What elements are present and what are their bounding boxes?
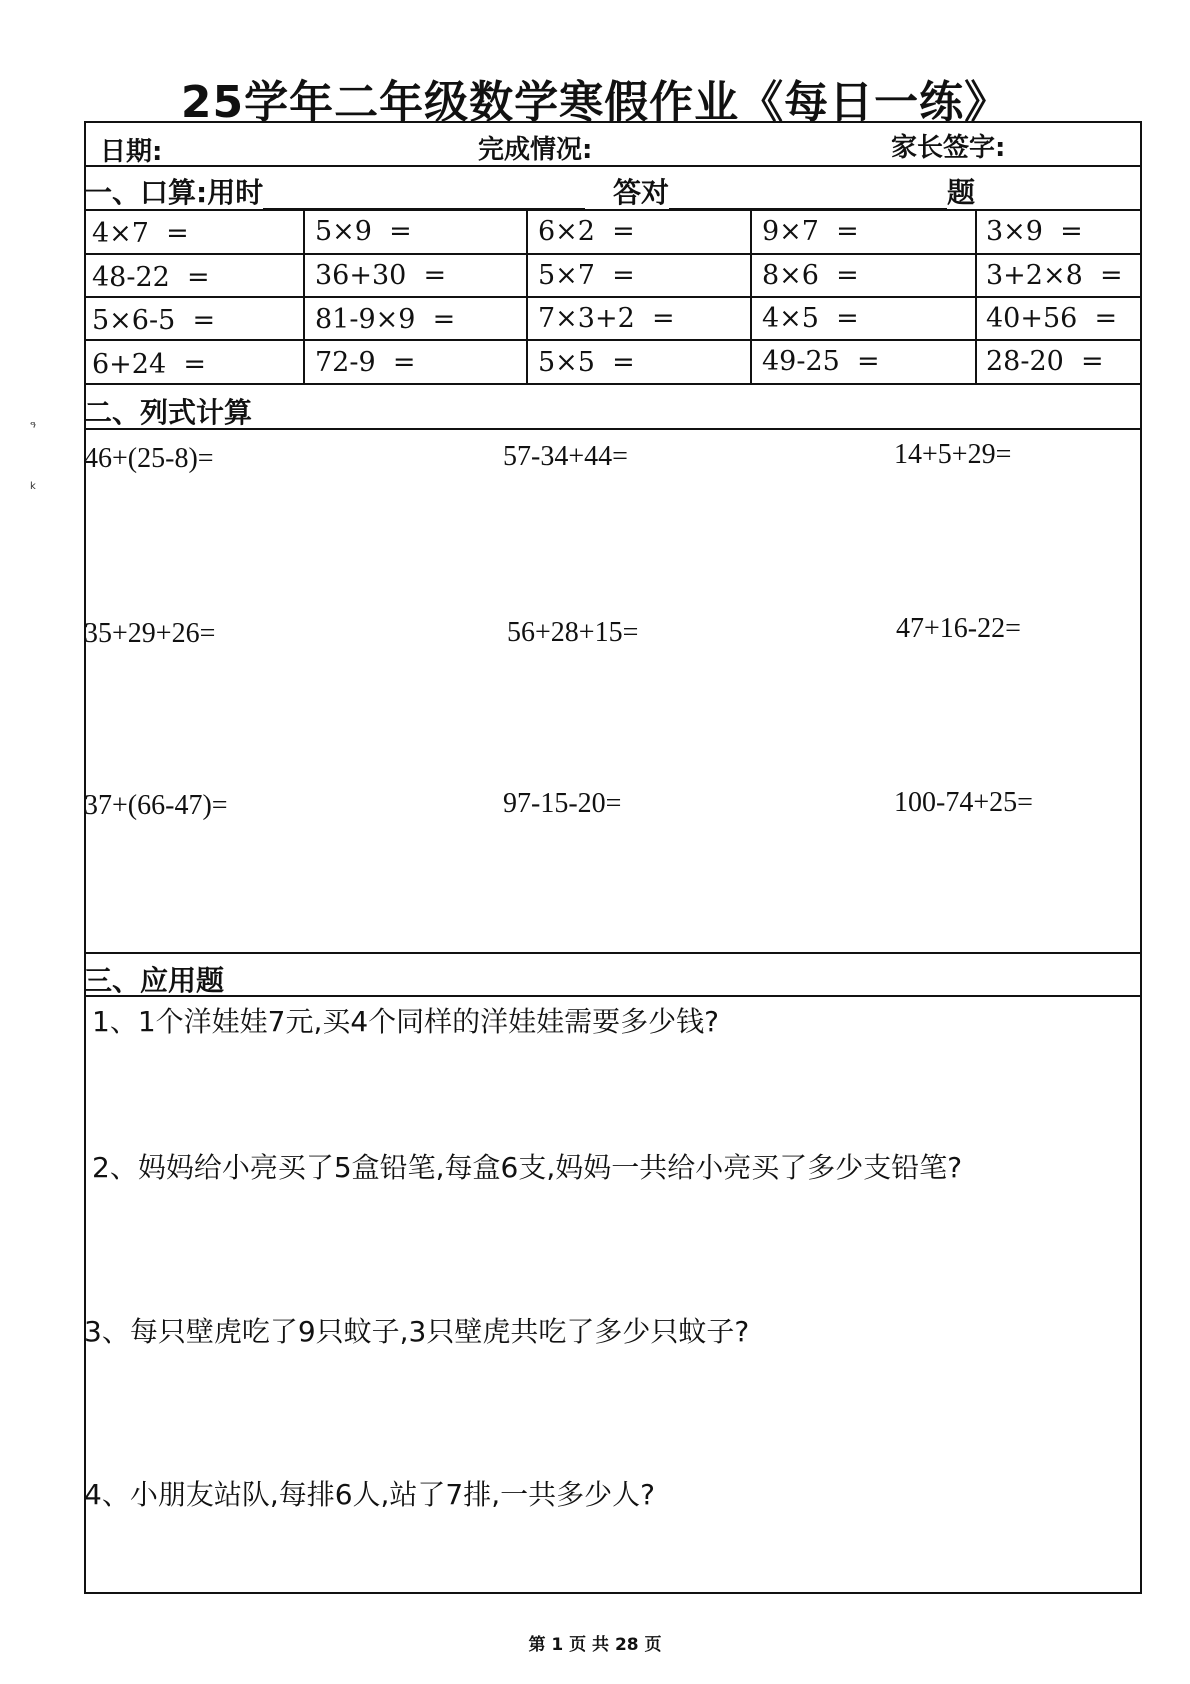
divider <box>86 952 1140 954</box>
calc-question: 100-74+25= <box>894 787 1033 819</box>
oral-question: 5×6-5 = <box>92 305 215 336</box>
grid-line <box>750 209 752 385</box>
page-number: 第 1 页 共 28 页 <box>0 1630 1190 1655</box>
divider <box>86 209 1140 211</box>
oral-question: 3×9 = <box>986 216 1083 247</box>
calc-question: 47+16-22= <box>896 613 1021 645</box>
date-label: 日期: <box>100 131 162 168</box>
oral-question: 6×2 = <box>538 216 635 247</box>
oral-question: 5×5 = <box>538 347 635 378</box>
oral-question: 36+30 = <box>315 260 446 291</box>
calc-question: 35+29+26= <box>84 618 215 650</box>
oral-question: 9×7 = <box>762 216 859 247</box>
oral-question: 4×7 = <box>92 218 189 249</box>
oral-question: 5×9 = <box>315 216 412 247</box>
grid-line <box>86 383 1140 385</box>
oral-question: 40+56 = <box>986 303 1117 334</box>
oral-question: 5×7 = <box>538 260 635 291</box>
divider <box>86 428 1140 430</box>
oral-question: 48-22 = <box>92 262 210 293</box>
oral-question: 49-25 = <box>762 346 880 377</box>
calc-question: 56+28+15= <box>507 617 638 649</box>
oral-question: 4×5 = <box>762 303 859 334</box>
word-problem: 3、每只壁虎吃了9只蚊子,3只壁虎共吃了多少只蚊子? <box>84 1310 749 1350</box>
correct-label: 答对 <box>613 176 669 209</box>
calc-question: 37+(66-47)= <box>84 790 228 822</box>
grid-line <box>975 209 977 385</box>
divider <box>86 995 1140 997</box>
correct-count-blank[interactable] <box>669 180 947 211</box>
oral-question: 3+2×8 = <box>986 260 1123 291</box>
calc-question: 57-34+44= <box>503 441 628 473</box>
word-problem: 4、小朋友站队,每排6人,站了7排,一共多少人? <box>84 1473 655 1513</box>
divider <box>86 165 1140 167</box>
oral-question: 72-9 = <box>315 347 415 378</box>
section2-title: 二、列式计算 <box>84 391 252 431</box>
completion-label: 完成情况: <box>478 129 592 166</box>
section3-title: 三、应用题 <box>84 959 224 999</box>
time-blank[interactable] <box>263 180 585 211</box>
grid-line <box>86 296 1140 298</box>
calc-question: 14+5+29= <box>894 439 1011 471</box>
word-problem: 1、1个洋娃娃7元,买4个同样的洋娃娃需要多少钱? <box>92 1000 719 1040</box>
section1-label: 一、口算:用时 <box>84 176 263 209</box>
grid-line <box>86 253 1140 255</box>
margin-mark: k <box>30 481 36 492</box>
worksheet-frame: 日期: 完成情况: 家长签字: 一、口算:用时 答对题 4×7 = 5×9 = … <box>84 121 1142 1594</box>
oral-question: 81-9×9 = <box>315 304 455 335</box>
section1-title: 一、口算:用时 答对题 <box>84 171 975 211</box>
grid-line <box>303 209 305 385</box>
oral-question: 28-20 = <box>986 346 1104 377</box>
calc-question: 97-15-20= <box>503 788 621 820</box>
questions-suffix: 题 <box>947 176 975 209</box>
margin-mark: ዓ <box>30 420 36 431</box>
oral-question: 6+24 = <box>92 349 206 380</box>
grid-line <box>526 209 528 385</box>
calc-question: 46+(25-8)= <box>84 443 214 475</box>
grid-line <box>86 339 1140 341</box>
parent-signature-label: 家长签字: <box>891 127 1005 164</box>
oral-question: 8×6 = <box>762 260 859 291</box>
oral-question: 7×3+2 = <box>538 303 675 334</box>
word-problem: 2、妈妈给小亮买了5盒铅笔,每盒6支,妈妈一共给小亮买了多少支铅笔? <box>92 1146 962 1186</box>
